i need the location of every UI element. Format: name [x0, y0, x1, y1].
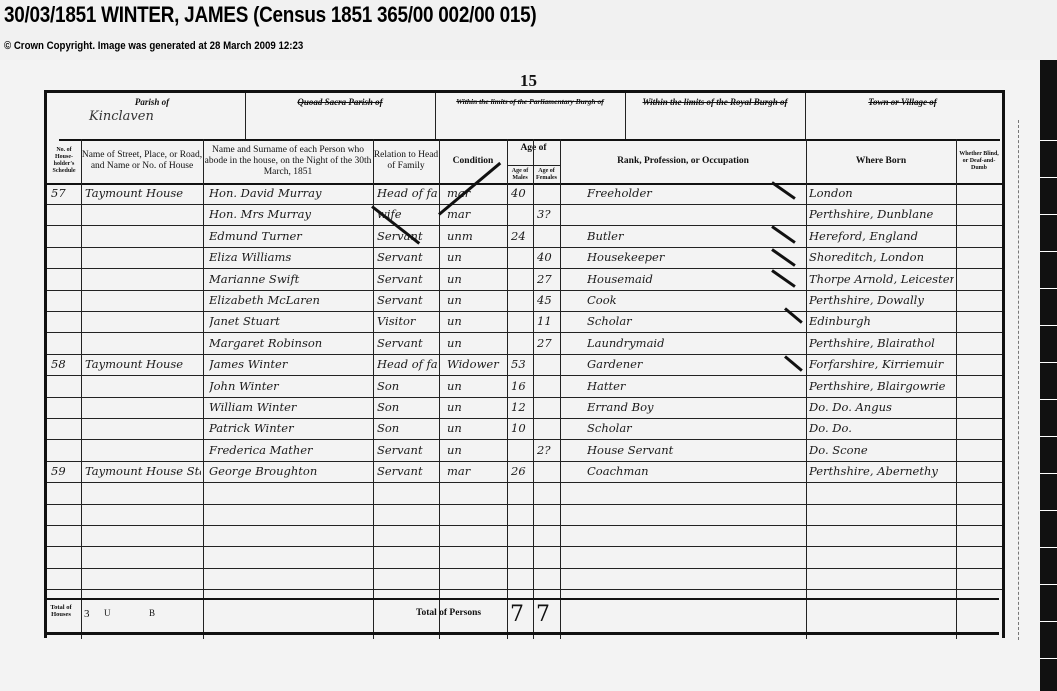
cell-schedule [51, 247, 79, 268]
total-persons-label: Total of Persons [416, 608, 481, 618]
column-headers: No. of House-holder's Schedule Name of S… [47, 139, 1002, 185]
cell-occupation: Errand Boy [587, 397, 787, 418]
table-row: Frederica MatherServantun2?House Servant… [47, 440, 1002, 462]
cell-relation: Servant [377, 461, 437, 482]
cell-condition: un [447, 397, 503, 418]
cell-place: Taymount House Stables [85, 461, 201, 482]
cell-place [85, 247, 201, 268]
parish-field: Parish of Kinclaven [59, 93, 246, 139]
cell-female [537, 354, 557, 375]
record-title: 30/03/1851 WINTER, JAMES (Census 1851 36… [4, 2, 536, 28]
cell-occupation: Scholar [587, 418, 787, 439]
table-row: John WinterSonun16HatterPerthshire, Blai… [47, 376, 1002, 398]
edge-tick [1040, 251, 1057, 252]
cell-born: Perthshire, Dunblane [809, 204, 954, 225]
edge-tick [1040, 325, 1057, 326]
divider [373, 139, 374, 639]
cell-female: 3? [537, 204, 557, 225]
cell-born: Do. Do. [809, 418, 954, 439]
table-row: Marianne SwiftServantun27HousemaidThorpe… [47, 269, 1002, 291]
cell-place [85, 397, 201, 418]
cell-male [511, 311, 531, 332]
cell-female: 2? [537, 440, 557, 461]
cell-male [511, 269, 531, 290]
royal-burgh-field: Within the limits of the Royal Burgh of [625, 93, 806, 139]
edge-tick [1040, 436, 1057, 437]
edge-tick [1040, 177, 1057, 178]
cell-place [85, 226, 201, 247]
parish-value: Kinclaven [89, 109, 154, 124]
cell-occupation: Freeholder [587, 183, 787, 204]
cell-relation: Son [377, 397, 437, 418]
cell-born: Do. Do. Angus [809, 397, 954, 418]
table-row: 57Taymount HouseHon. David MurrayHead of… [47, 183, 1002, 205]
cell-condition: unm [447, 226, 503, 247]
cell-name: Janet Stuart [209, 311, 369, 332]
cell-born: Perthshire, Blairathol [809, 333, 954, 354]
cell-place [85, 418, 201, 439]
cell-male: 53 [511, 354, 531, 375]
cell-name: Hon. Mrs Murray [209, 204, 369, 225]
total-houses-label: Total of Houses [48, 604, 74, 618]
table-row: Elizabeth McLarenServantun45CookPerthshi… [47, 290, 1002, 312]
cell-schedule: 59 [51, 461, 79, 482]
parliamentary-burgh-field: Within the limits of the Parliamentary B… [435, 93, 626, 139]
cell-condition: un [447, 269, 503, 290]
cell-place [85, 333, 201, 354]
table-row: Eliza WilliamsServantun40HousekeeperShor… [47, 247, 1002, 269]
cell-name: Frederica Mather [209, 440, 369, 461]
quoad-sacra-field: Quoad Sacra Parish of [245, 93, 436, 139]
cell-born: Shoreditch, London [809, 247, 954, 268]
cell-female [537, 226, 557, 247]
edge-tick [1040, 140, 1057, 141]
col-name: Name and Surname of each Person who abod… [203, 139, 374, 183]
parish-label: Parish of [59, 97, 245, 107]
cell-relation: Servant [377, 269, 437, 290]
table-row [47, 504, 1002, 526]
edge-tick [1040, 547, 1057, 548]
cell-male [511, 440, 531, 461]
cell-schedule [51, 311, 79, 332]
table-row: 58Taymount HouseJames WinterHead of famW… [47, 354, 1002, 376]
col-where-born: Where Born [806, 139, 957, 183]
cell-female: 11 [537, 311, 557, 332]
cell-schedule [51, 290, 79, 311]
edge-tick [1040, 288, 1057, 289]
cell-condition: un [447, 440, 503, 461]
cell-female [537, 418, 557, 439]
cell-place [85, 376, 201, 397]
cell-female: 27 [537, 269, 557, 290]
cell-name: William Winter [209, 397, 369, 418]
table-row: Janet StuartVisitorun11ScholarEdinburgh [47, 311, 1002, 333]
cell-condition: un [447, 247, 503, 268]
cell-condition: Widower [447, 354, 503, 375]
scan-dark-edge [1040, 60, 1057, 691]
table-row: Edmund TurnerServantunm24ButlerHereford,… [47, 226, 1002, 248]
col-blind-deaf: Whether Blind, or Deaf-and-Dumb [956, 139, 1002, 183]
page-number: 15 [520, 71, 537, 91]
cell-place: Taymount House [85, 183, 201, 204]
cell-female: 40 [537, 247, 557, 268]
cell-male: 16 [511, 376, 531, 397]
divider [507, 139, 508, 639]
cell-born: Perthshire, Dowally [809, 290, 954, 311]
cell-male: 10 [511, 418, 531, 439]
cell-name: Patrick Winter [209, 418, 369, 439]
col-place: Name of Street, Place, or Road, and Name… [81, 139, 204, 183]
cell-condition: mar [447, 204, 503, 225]
cell-male [511, 204, 531, 225]
cell-occupation: Coachman [587, 461, 787, 482]
cell-schedule: 57 [51, 183, 79, 204]
cell-place: Taymount House [85, 354, 201, 375]
cell-name: Marianne Swift [209, 269, 369, 290]
cell-schedule [51, 226, 79, 247]
edge-tick [1040, 621, 1057, 622]
cell-occupation: Cook [587, 290, 787, 311]
cell-name: John Winter [209, 376, 369, 397]
cell-female: 27 [537, 333, 557, 354]
edge-tick [1040, 362, 1057, 363]
scan-edge-line [1018, 120, 1021, 640]
cell-schedule [51, 376, 79, 397]
col-condition: Condition [439, 139, 508, 183]
col-relation: Relation to Head of Family [373, 139, 440, 183]
cell-relation: Son [377, 418, 437, 439]
cell-relation: Servant [377, 247, 437, 268]
cell-relation: Visitor [377, 311, 437, 332]
uninhabited-label: U [104, 608, 111, 618]
cell-born: Hereford, England [809, 226, 954, 247]
cell-condition: un [447, 376, 503, 397]
cell-male: 26 [511, 461, 531, 482]
table-row: William WinterSonun12Errand BoyDo. Do. A… [47, 397, 1002, 419]
cell-condition: un [447, 290, 503, 311]
cell-schedule [51, 204, 79, 225]
census-form: Parish of Kinclaven Quoad Sacra Parish o… [44, 90, 1005, 638]
cell-name: George Broughton [209, 461, 369, 482]
table-row [47, 525, 1002, 547]
cell-place [85, 204, 201, 225]
table-row [47, 568, 1002, 590]
cell-relation: Servant [377, 333, 437, 354]
cell-place [85, 311, 201, 332]
quoad-sacra-label: Quoad Sacra Parish of [245, 97, 435, 107]
town-village-field: Town or Village of [805, 93, 1000, 139]
cell-male: 12 [511, 397, 531, 418]
cell-occupation: Butler [587, 226, 787, 247]
totals-row: Total of Houses 3 U B Total of Persons 7… [44, 598, 999, 635]
cell-female [537, 183, 557, 204]
cell-name: Edmund Turner [209, 226, 369, 247]
cell-occupation: Housekeeper [587, 247, 787, 268]
cell-occupation: Scholar [587, 311, 787, 332]
cell-schedule: 58 [51, 354, 79, 375]
cell-occupation: Gardener [587, 354, 787, 375]
cell-name: James Winter [209, 354, 369, 375]
cell-male: 40 [511, 183, 531, 204]
divider [81, 139, 82, 639]
cell-name: Eliza Williams [209, 247, 369, 268]
cell-born: London [809, 183, 954, 204]
cell-place [85, 440, 201, 461]
cell-schedule [51, 333, 79, 354]
divider [806, 139, 807, 639]
census-scan: 15 Parish of Kinclaven Quoad Sacra Paris… [0, 60, 1057, 691]
form-top-band: Parish of Kinclaven Quoad Sacra Parish o… [59, 93, 1000, 141]
table-row: Margaret RobinsonServantun27LaundrymaidP… [47, 333, 1002, 355]
total-males: 7 [510, 602, 524, 627]
copyright-notice: © Crown Copyright. Image was generated a… [4, 40, 303, 52]
cell-place [85, 269, 201, 290]
edge-tick [1040, 214, 1057, 215]
col-age-males: Age of Males [507, 165, 534, 184]
table-row: 59Taymount House StablesGeorge Broughton… [47, 461, 1002, 483]
cell-schedule [51, 440, 79, 461]
divider [560, 139, 561, 639]
cell-condition: un [447, 333, 503, 354]
cell-female [537, 376, 557, 397]
divider [956, 139, 957, 639]
table-row: Hon. Mrs Murraywifemar3?Perthshire, Dunb… [47, 204, 1002, 226]
edge-tick [1040, 399, 1057, 400]
cell-born: Forfarshire, Kirriemuir [809, 354, 954, 375]
total-females: 7 [536, 602, 550, 627]
total-houses-value: 3 [84, 608, 90, 620]
cell-female [537, 461, 557, 482]
cell-male [511, 247, 531, 268]
cell-relation: Servant [377, 440, 437, 461]
divider [203, 139, 204, 639]
cell-born: Do. Scone [809, 440, 954, 461]
cell-born: Thorpe Arnold, Leicestershire [809, 269, 954, 290]
col-age-females: Age of Females [533, 165, 561, 184]
cell-male: 24 [511, 226, 531, 247]
divider [533, 139, 534, 639]
cell-relation: Servant [377, 290, 437, 311]
cell-occupation: Housemaid [587, 269, 787, 290]
cell-occupation: House Servant [587, 440, 787, 461]
parliamentary-burgh-label: Within the limits of the Parliamentary B… [435, 97, 625, 106]
cell-name: Elizabeth McLaren [209, 290, 369, 311]
cell-relation: Head of fam [377, 183, 437, 204]
cell-female [537, 397, 557, 418]
cell-schedule [51, 397, 79, 418]
cell-occupation: Laundrymaid [587, 333, 787, 354]
cell-schedule [51, 269, 79, 290]
cell-born: Edinburgh [809, 311, 954, 332]
cell-relation: Head of fam [377, 354, 437, 375]
cell-relation: Son [377, 376, 437, 397]
cell-place [85, 290, 201, 311]
col-schedule: No. of House-holder's Schedule [47, 139, 82, 183]
cell-male [511, 290, 531, 311]
cell-schedule [51, 418, 79, 439]
table-row [47, 483, 1002, 505]
town-village-label: Town or Village of [805, 97, 1000, 107]
cell-occupation: Hatter [587, 376, 787, 397]
cell-male [511, 333, 531, 354]
table-row [47, 547, 1002, 569]
cell-condition: mar [447, 461, 503, 482]
cell-born: Perthshire, Blairgowrie [809, 376, 954, 397]
edge-tick [1040, 473, 1057, 474]
edge-tick [1040, 510, 1057, 511]
royal-burgh-label: Within the limits of the Royal Burgh of [625, 97, 805, 107]
cell-born: Perthshire, Abernethy [809, 461, 954, 482]
cell-name: Margaret Robinson [209, 333, 369, 354]
cell-name: Hon. David Murray [209, 183, 369, 204]
cell-condition: un [447, 311, 503, 332]
building-label: B [149, 608, 155, 618]
table-row: Patrick WinterSonun10ScholarDo. Do. [47, 418, 1002, 440]
edge-tick [1040, 658, 1057, 659]
cell-condition: un [447, 418, 503, 439]
col-occupation: Rank, Profession, or Occupation [560, 139, 807, 183]
cell-occupation [587, 204, 787, 225]
edge-tick [1040, 584, 1057, 585]
cell-female: 45 [537, 290, 557, 311]
